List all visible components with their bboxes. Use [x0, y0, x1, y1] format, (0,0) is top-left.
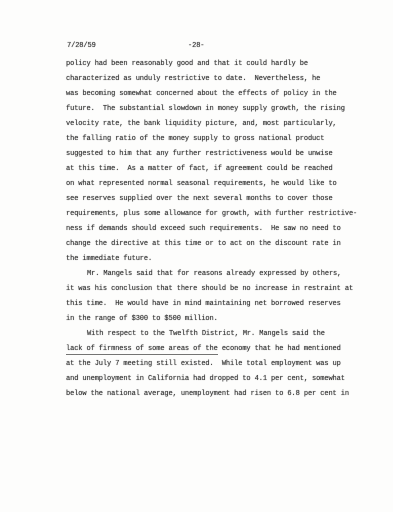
text-line: suggested to him that any further restri…: [66, 147, 361, 162]
text-line: and unemployment in California had dropp…: [66, 372, 361, 387]
underline-mark: [66, 354, 218, 355]
text-line: on what represented normal seasonal requ…: [66, 177, 361, 192]
header-date: 7/28/59: [67, 42, 96, 50]
text-line: change the directive at this time or to …: [66, 237, 361, 252]
text-line: below the national average, unemployment…: [66, 387, 361, 402]
text-line: was becoming somewhat concerned about th…: [66, 87, 361, 102]
text-line: policy had been reasonably good and that…: [66, 57, 361, 72]
text-line: future. The substantial slowdown in mone…: [66, 102, 361, 117]
header-page-number: -28-: [188, 42, 204, 50]
text-line: the immediate future.: [66, 252, 361, 267]
text-line: this time. He would have in mind maintai…: [66, 297, 361, 312]
text-line-paragraph-start: With respect to the Twelfth District, Mr…: [66, 327, 361, 342]
text-line: see reserves supplied over the next seve…: [66, 192, 361, 207]
text-line: velocity rate, the bank liquidity pictur…: [66, 117, 361, 132]
text-line: ness if demands should exceed such requi…: [66, 222, 361, 237]
text-line: it was his conclusion that there should …: [66, 282, 361, 297]
text-line: at the July 7 meeting still existed. Whi…: [66, 357, 361, 372]
text-line-paragraph-start: Mr. Mangels said that for reasons alread…: [66, 267, 361, 282]
text-line: requirements, plus some allowance for gr…: [66, 207, 361, 222]
text-line: the falling ratio of the money supply to…: [66, 132, 361, 147]
text-line: characterized as unduly restrictive to d…: [66, 72, 361, 87]
text-line: at this time. As a matter of fact, if ag…: [66, 162, 361, 177]
document-body: policy had been reasonably good and that…: [66, 57, 361, 402]
document-page: 7/28/59 -28- policy had been reasonably …: [0, 0, 393, 512]
text-line: in the range of $300 to $500 million.: [66, 312, 361, 327]
